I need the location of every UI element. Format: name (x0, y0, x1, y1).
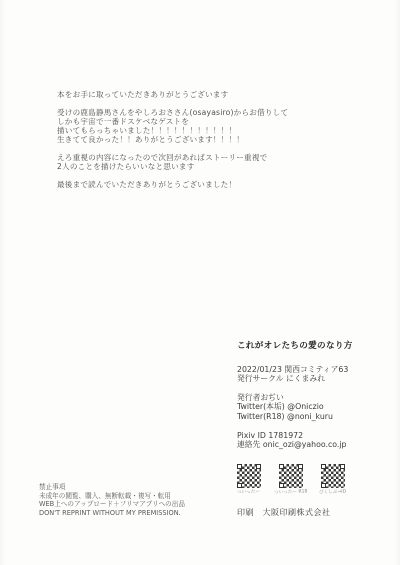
colophon-author-group: 発行者おぢい Twitter(本垢) @Oniczio Twitter(R18)… (237, 393, 395, 422)
qr-code-row: ついったー ついったー R18 ぴくしぶ→ID (236, 464, 396, 495)
colophon-contact-group: Pixiv ID 1781972 連絡先 onic_ozi@yahoo.co.j… (237, 431, 395, 450)
prohibition-heading: 禁止事項 (39, 483, 229, 492)
qr-pixiv: ぴくしぶ→ID (320, 464, 345, 495)
book-title: これがオレたちの愛のなり方 (237, 342, 395, 352)
qr-twitter-main: ついったー (236, 464, 261, 495)
afterword-line: 生きてて良かった！！ありがとうございます！！！！ (57, 135, 347, 144)
afterword-paragraph: 受けの鹿島静馬さんをやしろおささん(osayasiro)からお借りして しかも宇… (57, 108, 347, 144)
prohibition-block: 禁止事項 未成年の閲覧、購入、無断転載・複写・転用 WEB上へのアップロード＋フ… (39, 483, 229, 517)
twitter-main-line: Twitter(本垢) @Oniczio (237, 402, 395, 412)
qr-caption: ついったー (237, 490, 260, 496)
printer-line: 印刷 大阪印刷株式会社 (237, 507, 331, 518)
contact-email-line: 連絡先 onic_ozi@yahoo.co.jp (237, 440, 395, 450)
afterword-line: 受けの鹿島静馬さんをやしろおささん(osayasiro)からお借りして (57, 108, 347, 117)
qr-code-icon (279, 464, 303, 488)
afterword-paragraph: 本をお手に取っていただきありがとうございます (57, 90, 347, 99)
publisher-line: 発行者おぢい (237, 393, 395, 403)
twitter-r18-line: Twitter(R18) @noni_kuru (237, 412, 395, 422)
colophon-block: これがオレたちの愛のなり方 2022/01/23 関西コミティア63 発行サーク… (237, 342, 395, 459)
colophon-event-group: 2022/01/23 関西コミティア63 発行サークル にくまみれ (237, 365, 395, 384)
prohibition-line: DON'T REPRINT WITHOUT MY PREMISSION. (39, 509, 229, 518)
afterword-line: えろ重視の内容になったので次回があればストーリー重視で (57, 153, 347, 162)
afterword-line: しかも宇宙で一番ドスケベなゲストを (57, 117, 347, 126)
prohibition-line: 未成年の閲覧、購入、無断転載・複写・転用 (39, 492, 229, 501)
afterword-text-block: 本をお手に取っていただきありがとうございます 受けの鹿島静馬さんをやしろおささん… (57, 90, 347, 198)
qr-finder-icon (321, 483, 326, 488)
doujinshi-afterword-page: 本をお手に取っていただきありがとうございます 受けの鹿島静馬さんをやしろおささん… (0, 0, 400, 565)
afterword-line: 最後まで読んでいただきありがとうございました！ (57, 180, 347, 189)
afterword-line: 描いてもらっちゃいました！！！！！！！！！！！ (57, 126, 347, 135)
qr-finder-icon (279, 483, 284, 488)
pixiv-id-line: Pixiv ID 1781972 (237, 431, 395, 441)
prohibition-line: WEB上へのアップロード＋フリマアプリへの出品 (39, 500, 229, 509)
afterword-line: 本をお手に取っていただきありがとうございます (57, 90, 347, 99)
afterword-line: 2人のことを描けたらいいなと思います (57, 162, 347, 171)
circle-name-line: 発行サークル にくまみれ (237, 374, 395, 384)
event-date-line: 2022/01/23 関西コミティア63 (237, 365, 395, 375)
qr-twitter-r18: ついったー R18 (278, 464, 303, 495)
afterword-paragraph: 最後まで読んでいただきありがとうございました！ (57, 180, 347, 189)
qr-caption: ついったー R18 (274, 489, 308, 495)
qr-code-icon (321, 464, 345, 488)
qr-code-icon (237, 464, 261, 488)
afterword-paragraph: えろ重視の内容になったので次回があればストーリー重視で 2人のことを描けたらいい… (57, 153, 347, 171)
qr-caption: ぴくしぶ→ID (319, 490, 346, 496)
qr-finder-icon (237, 483, 242, 488)
